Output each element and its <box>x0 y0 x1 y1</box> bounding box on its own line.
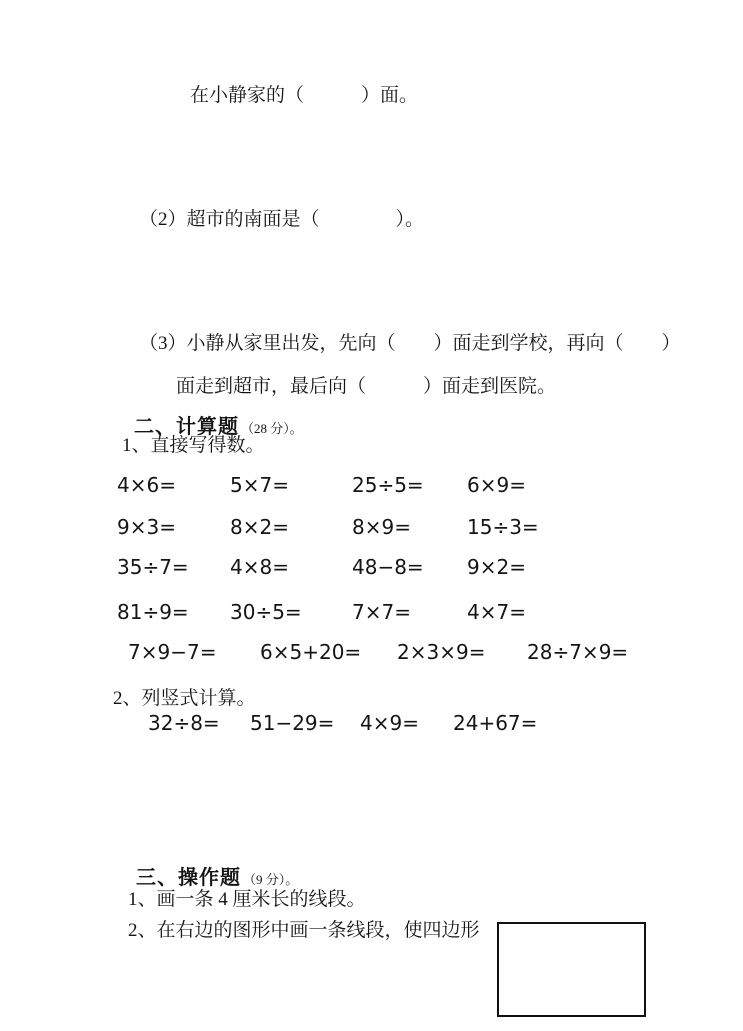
math-problem: 30÷5= <box>230 600 352 624</box>
math-problem: 4×9= <box>360 711 453 735</box>
written-calc-label: 2、列竖式计算。 <box>113 687 256 712</box>
drawing-box <box>497 922 646 1017</box>
math-problem: 9×3= <box>117 515 230 539</box>
math-problem: 8×9= <box>352 515 467 539</box>
math-problem: 15÷3= <box>467 515 539 539</box>
worksheet-page: 在小静家的（ ）面。 （2）超市的南面是（ ）。 （3）小静从家里出发，先向（ … <box>0 0 743 1031</box>
math-problem: 6×9= <box>467 473 526 497</box>
section3-item-1: 1、画一条 4 厘米长的线段。 <box>128 888 366 913</box>
section3-title: 三、操作题（9 分）。 <box>136 861 298 890</box>
q1-item-2: （2）超市的南面是（ ）。 <box>139 208 424 233</box>
q1-continuation-line: 在小静家的（ ）面。 <box>190 84 418 109</box>
math-problem: 51−29= <box>250 711 360 735</box>
oral-calc-row: 81÷9= 30÷5= 7×7= 4×7= <box>117 600 526 624</box>
math-problem: 4×7= <box>467 600 526 624</box>
oral-calc-row: 4×6= 5×7= 25÷5= 6×9= <box>117 473 526 497</box>
section3-item-2: 2、在右边的图形中画一条线段，使四边形 <box>128 919 480 944</box>
oral-calc-row: 7×9−7= 6×5+20= 2×3×9= 28÷7×9= <box>128 640 628 664</box>
section3-title-score: （9 分）。 <box>243 872 298 887</box>
math-problem: 9×2= <box>467 555 526 579</box>
math-problem: 7×7= <box>352 600 467 624</box>
math-problem: 7×9−7= <box>128 640 260 664</box>
math-problem: 48−8= <box>352 555 467 579</box>
math-problem: 28÷7×9= <box>527 640 628 664</box>
math-problem: 8×2= <box>230 515 352 539</box>
oral-calc-label: 1、直接写得数。 <box>122 434 265 459</box>
math-problem: 24+67= <box>453 711 537 735</box>
written-calc-row: 32÷8= 51−29= 4×9= 24+67= <box>148 711 537 735</box>
math-problem: 35÷7= <box>117 555 230 579</box>
math-problem: 5×7= <box>230 473 352 497</box>
oral-calc-row: 9×3= 8×2= 8×9= 15÷3= <box>117 515 539 539</box>
math-problem: 32÷8= <box>148 711 250 735</box>
math-problem: 6×5+20= <box>260 640 397 664</box>
math-problem: 4×6= <box>117 473 230 497</box>
math-problem: 2×3×9= <box>397 640 527 664</box>
q1-item-3-line-2: 面走到超市，最后向（ ）面走到医院。 <box>176 375 556 400</box>
math-problem: 25÷5= <box>352 473 467 497</box>
q1-item-3-line-1: （3）小静从家里出发，先向（ ）面走到学校，再向（ ） <box>139 332 681 357</box>
oral-calc-row: 35÷7= 4×8= 48−8= 9×2= <box>117 555 526 579</box>
section3-title-text: 三、操作题 <box>136 867 241 889</box>
math-problem: 4×8= <box>230 555 352 579</box>
math-problem: 81÷9= <box>117 600 230 624</box>
